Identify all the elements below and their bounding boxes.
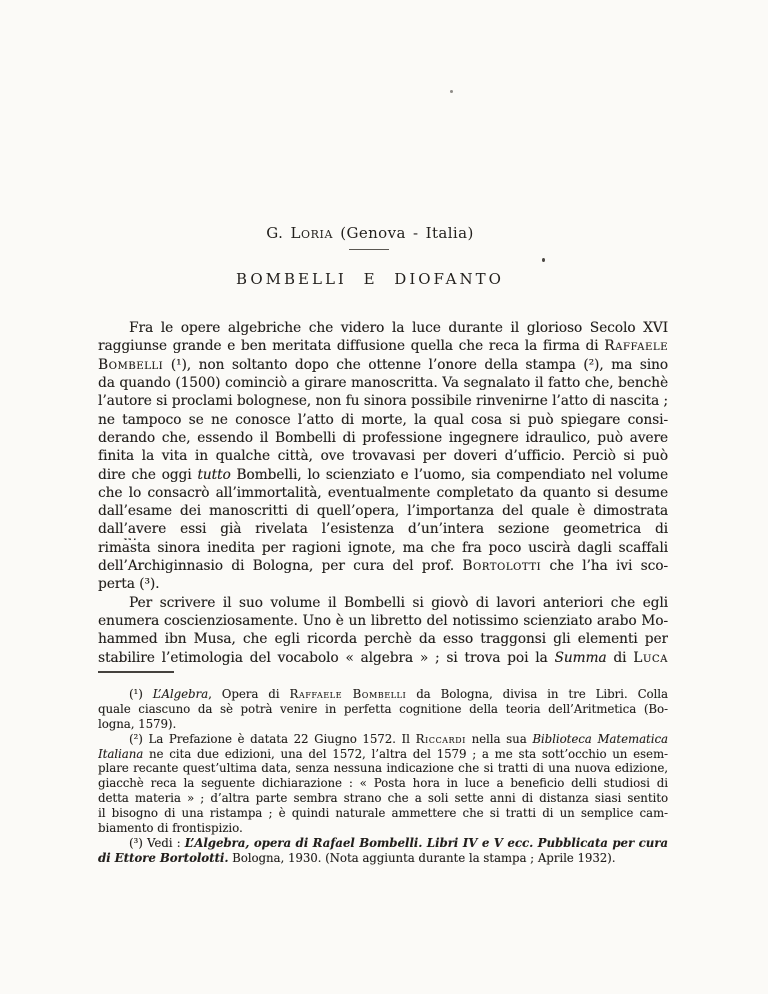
text-run: perta (³). [98,576,159,592]
text-run: L’Algebra, opera di Rafael Bombelli. Lib… [185,836,668,850]
text-line: da quando (1500) cominciò a girare manos… [98,375,668,393]
text-line: (³) Vedi : L’Algebra, opera di Rafael Bo… [98,836,668,851]
footnote-separator [98,671,174,673]
text-line: detta materia » ; d’altra parte sembra s… [98,791,668,806]
text-line: di Ettore Bortolotti. Bologna, 1930. (No… [98,851,668,866]
text-run: nella sua [466,732,532,746]
text-run: (³) Vedi : [129,836,185,850]
text-line: dall’avere essi già rivelata l’esistenza… [98,521,668,539]
text-run: tutto [197,467,230,483]
text-run: di [607,650,634,666]
text-line: dell’Archiginnasio di Bologna, per cura … [98,558,668,576]
text-run: (²) La Prefazione è datata 22 Giugno 157… [129,732,416,746]
text-line: quale ciascuno da sè potrà venire in per… [98,702,668,717]
text-line: dire che oggi tutto Bombelli, lo scienzi… [98,467,668,485]
footnote: (²) La Prefazione è datata 22 Giugno 157… [98,732,668,836]
text-line: il bisogno di una ristampa ; è quindi na… [98,806,668,821]
document-page: G. Loria (Genova - Italia) BOMBELLI E DI… [0,0,768,994]
text-line: che lo consacrò all’immortalità, eventua… [98,485,668,503]
text-run: che lo consacrò all’immortalità, eventua… [98,485,668,501]
text-run: Italiana [98,747,143,761]
text-run: , Opera di [208,687,289,701]
text-run: finita la vita in qualche città, ove tro… [98,448,668,464]
text-run: Summa [554,650,606,666]
text-run: hammed ibn Musa, che egli ricorda perchè… [98,631,668,647]
text-line: Fra le opere algebriche che videro la lu… [98,320,668,338]
text-run: logna, 1579). [98,717,176,731]
text-run: da Bologna, divisa in tre Libri. Colla [406,687,668,701]
text-line: finita la vita in qualche città, ove tro… [98,448,668,466]
text-run: quale ciascuno da sè potrà venire in per… [98,702,668,716]
text-run: ne cita due edizioni, una del 1572, l’al… [143,747,668,761]
text-run: da quando (1500) cominciò a girare manos… [98,375,668,391]
text-run: Biblioteca Matematica [532,732,668,746]
text-run: dall’avere essi già rivelata l’esistenza… [98,521,668,539]
text-line: giacchè reca la seguente dichiarazione :… [98,776,668,791]
text-line: biamento di frontispizio. [98,821,668,836]
text-line: rimasta sinora inedita per ragioni ignot… [98,540,668,558]
author-rule [349,249,389,250]
text-line: Per scrivere il suo volume il Bombelli s… [98,595,668,613]
text-run: L’Algebra [153,687,208,701]
text-run: il bisogno di una ristampa ; è quindi na… [98,806,668,820]
text-line: (¹) L’Algebra, Opera di Raffaele Bombell… [98,687,668,702]
text-run: l’autore si proclami bolognese, non fu s… [98,393,668,409]
text-run: derando che, essendo il Bombelli di prof… [98,430,668,446]
text-run: di Ettore Bortolotti. [98,851,228,865]
text-run: dall’esame dei manoscritti di quell’oper… [98,503,668,519]
text-line: ne tampoco se ne conosce l’atto di morte… [98,412,668,430]
text-line: perta (³). [98,576,668,594]
text-run: enumera coscienziosamente. Uno è un libr… [98,613,668,629]
author-line: G. Loria (Genova - Italia) [0,224,740,242]
text-run: Loria [290,224,333,242]
text-run: Bombelli, lo scienziato e l’uomo, sia co… [231,467,668,483]
text-line: enumera coscienziosamente. Uno è un libr… [98,613,668,631]
text-run: rimasta sinora inedita per ragioni ignot… [98,540,668,556]
text-run: Bombelli [98,357,163,373]
text-line: dall’esame dei manoscritti di quell’oper… [98,503,668,521]
text-line: raggiunse grande e ben meritata diffusio… [98,338,668,356]
text-run: Raffaele Bombelli [289,687,406,701]
text-line: Bombelli (¹), non soltanto dopo che otte… [98,357,668,375]
text-run: dire che oggi [98,467,197,483]
text-run: Bologna, 1930. (Nota aggiunta durante la… [228,851,615,865]
text-run: biamento di frontispizio. [98,821,243,835]
text-run: raggiunse grande e ben meritata diffusio… [98,338,604,354]
text-run: G. [266,224,290,242]
body-paragraph: Fra le opere algebriche che videro la lu… [98,320,668,595]
text-line: stabilire l’etimologia del vocabolo « al… [98,650,668,668]
text-run: Riccardi [416,732,466,746]
text-line: derando che, essendo il Bombelli di prof… [98,430,668,448]
text-run: detta materia » ; d’altra parte sembra s… [98,791,668,805]
text-run: Per scrivere il suo volume il Bombelli s… [129,595,668,611]
text-line: l’autore si proclami bolognese, non fu s… [98,393,668,411]
text-line: logna, 1579). [98,717,668,732]
scan-artifact-dot [450,90,453,93]
text-run: ne tampoco se ne conosce l’atto di morte… [98,412,668,428]
text-run: che l’ha ivi sco- [541,558,668,574]
text-run: stabilire l’etimologia del vocabolo « al… [98,650,554,666]
body-text: Fra le opere algebriche che videro la lu… [98,320,668,668]
text-run: plare recante quest’ultima data, senza n… [98,761,668,775]
text-run: (Genova - Italia) [333,224,474,242]
body-paragraph: Per scrivere il suo volume il Bombelli s… [98,595,668,668]
text-run: Fra le opere algebriche che videro la lu… [129,320,668,336]
text-line: Italiana ne cita due edizioni, una del 1… [98,747,668,762]
text-run: Luca [633,650,668,666]
text-run: (¹), non soltanto dopo che ottenne l’ono… [163,357,668,373]
paper-title: BOMBELLI E DIOFANTO [0,270,740,288]
footnote: (³) Vedi : L’Algebra, opera di Rafael Bo… [98,836,668,866]
text-run: giacchè reca la seguente dichiarazione :… [98,776,668,790]
footnotes: (¹) L’Algebra, Opera di Raffaele Bombell… [98,687,668,866]
text-line: plare recante quest’ultima data, senza n… [98,761,668,776]
scan-artifact-dot [542,258,545,262]
text-run: Bortolotti [462,558,541,574]
text-line: (²) La Prefazione è datata 22 Giugno 157… [98,732,668,747]
text-run: dell’Archiginnasio di Bologna, per cura … [98,558,462,574]
footnote: (¹) L’Algebra, Opera di Raffaele Bombell… [98,687,668,732]
text-line: hammed ibn Musa, che egli ricorda perchè… [98,631,668,649]
text-run: (¹) [129,687,153,701]
text-run: Raffaele [604,338,668,354]
